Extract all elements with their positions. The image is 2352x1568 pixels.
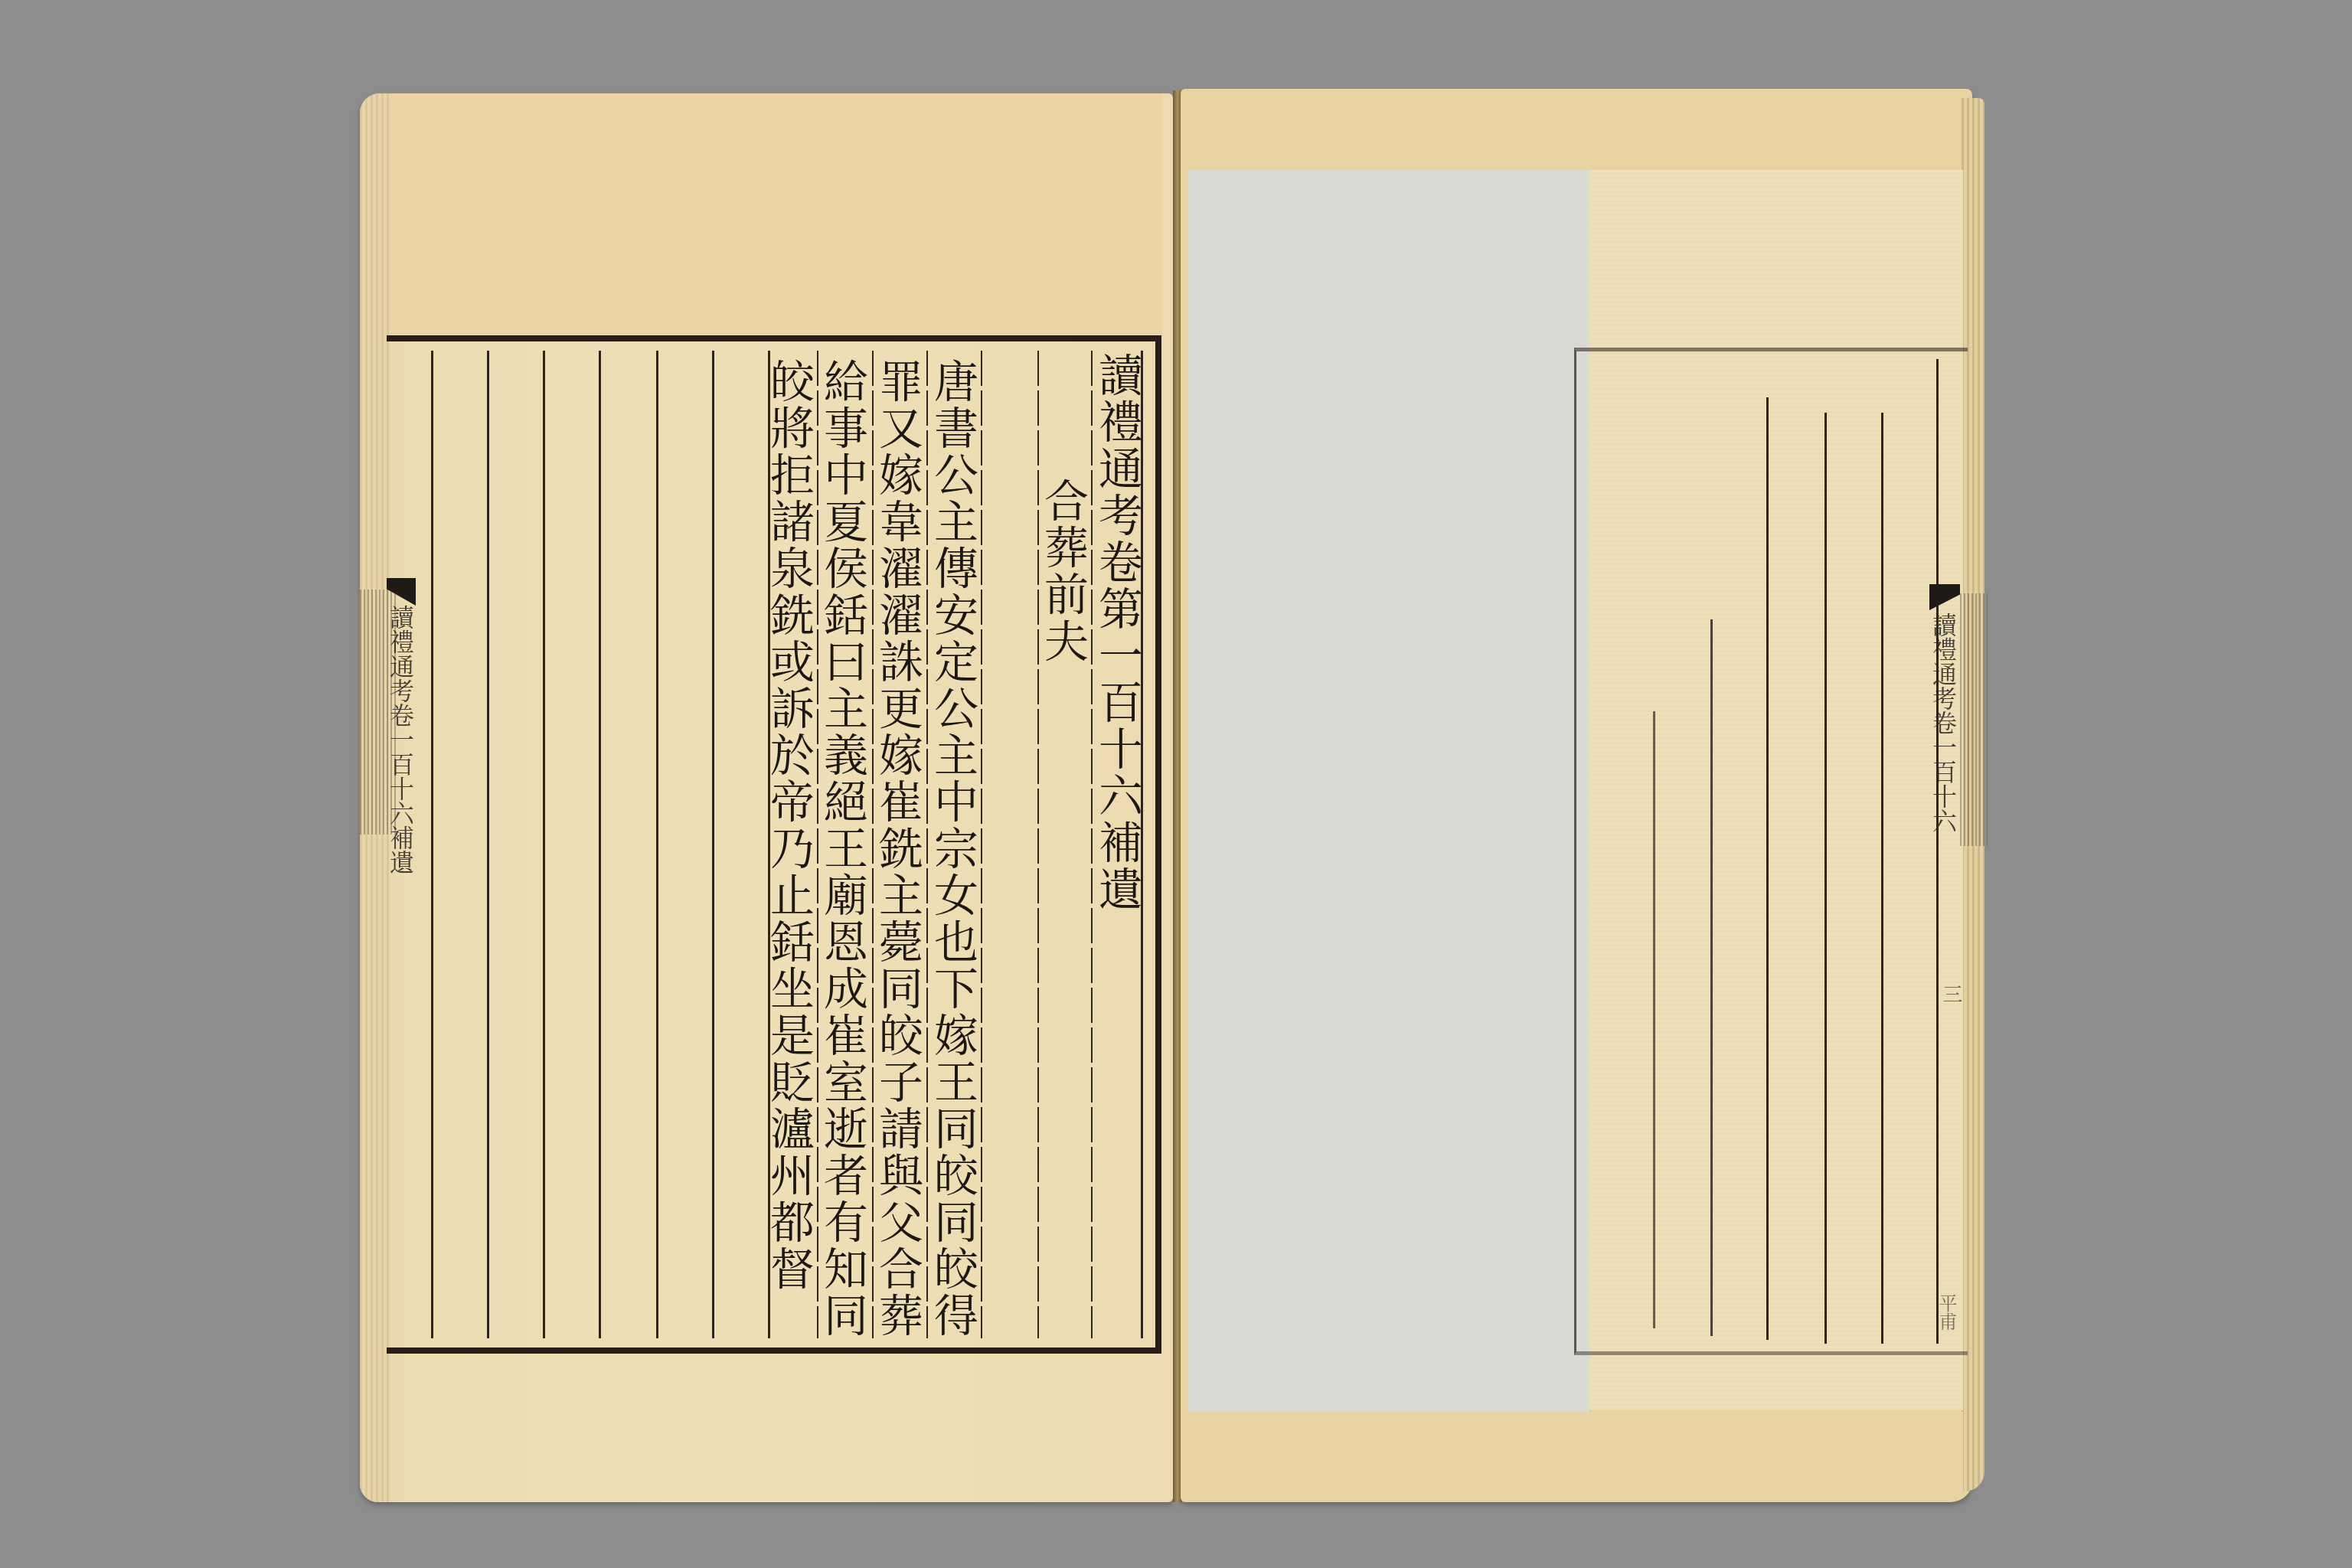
right-fore-edge-label: 讀禮通考卷一百十六 bbox=[1929, 612, 1957, 833]
text-column-4: 皎將拒諸泉銑或訴於帝乃止銛坐是貶瀘州都督 bbox=[765, 358, 812, 1292]
left-top-margin bbox=[389, 93, 1162, 337]
column-rule bbox=[1766, 397, 1769, 1340]
right-bottom-margin bbox=[1188, 1412, 1963, 1498]
gray-insert-sheet bbox=[1188, 170, 1591, 1412]
text-column-1: 唐書公主傳安定公主中宗女也下嫁王同皎同皎得 bbox=[929, 358, 976, 1339]
right-printed-frame bbox=[1574, 348, 1968, 1355]
volume-title: 讀禮通考卷第一百十六補遺 bbox=[1093, 352, 1141, 913]
column-rule bbox=[1710, 619, 1713, 1336]
column-rule bbox=[599, 351, 601, 1338]
column-rule bbox=[656, 351, 658, 1338]
column-rule bbox=[543, 351, 545, 1338]
column-rule bbox=[1824, 413, 1827, 1344]
left-fore-edge-label: 讀禮通考卷一百十六補遺 bbox=[387, 605, 414, 874]
text-column-2: 罪又嫁韋濯濯誅更嫁崔銑主薨同皎子請與父合葬 bbox=[874, 358, 921, 1339]
right-folio-number: 三 bbox=[1937, 984, 1965, 1004]
column-rule bbox=[712, 351, 714, 1338]
column-rule bbox=[1881, 413, 1883, 1344]
left-printed-frame: 讀禮通考卷第一百十六補遺 合葬前夫 唐書公主傳安定公主中宗女也下嫁王同皎同皎得 … bbox=[387, 335, 1161, 1354]
column-rule bbox=[1936, 359, 1939, 1344]
column-rule bbox=[431, 351, 433, 1338]
column-rule bbox=[1653, 711, 1655, 1328]
column-rule bbox=[487, 351, 489, 1338]
section-heading: 合葬前夫 bbox=[1039, 478, 1086, 665]
column-rule bbox=[981, 351, 982, 1338]
text-column-3: 給事中夏侯銛曰主義絕王廟恩成崔室逝者有知同 bbox=[818, 358, 866, 1339]
right-edge-ink-smudge bbox=[1960, 593, 1988, 846]
right-footer-fragment: 平甫 bbox=[1933, 1294, 1960, 1331]
